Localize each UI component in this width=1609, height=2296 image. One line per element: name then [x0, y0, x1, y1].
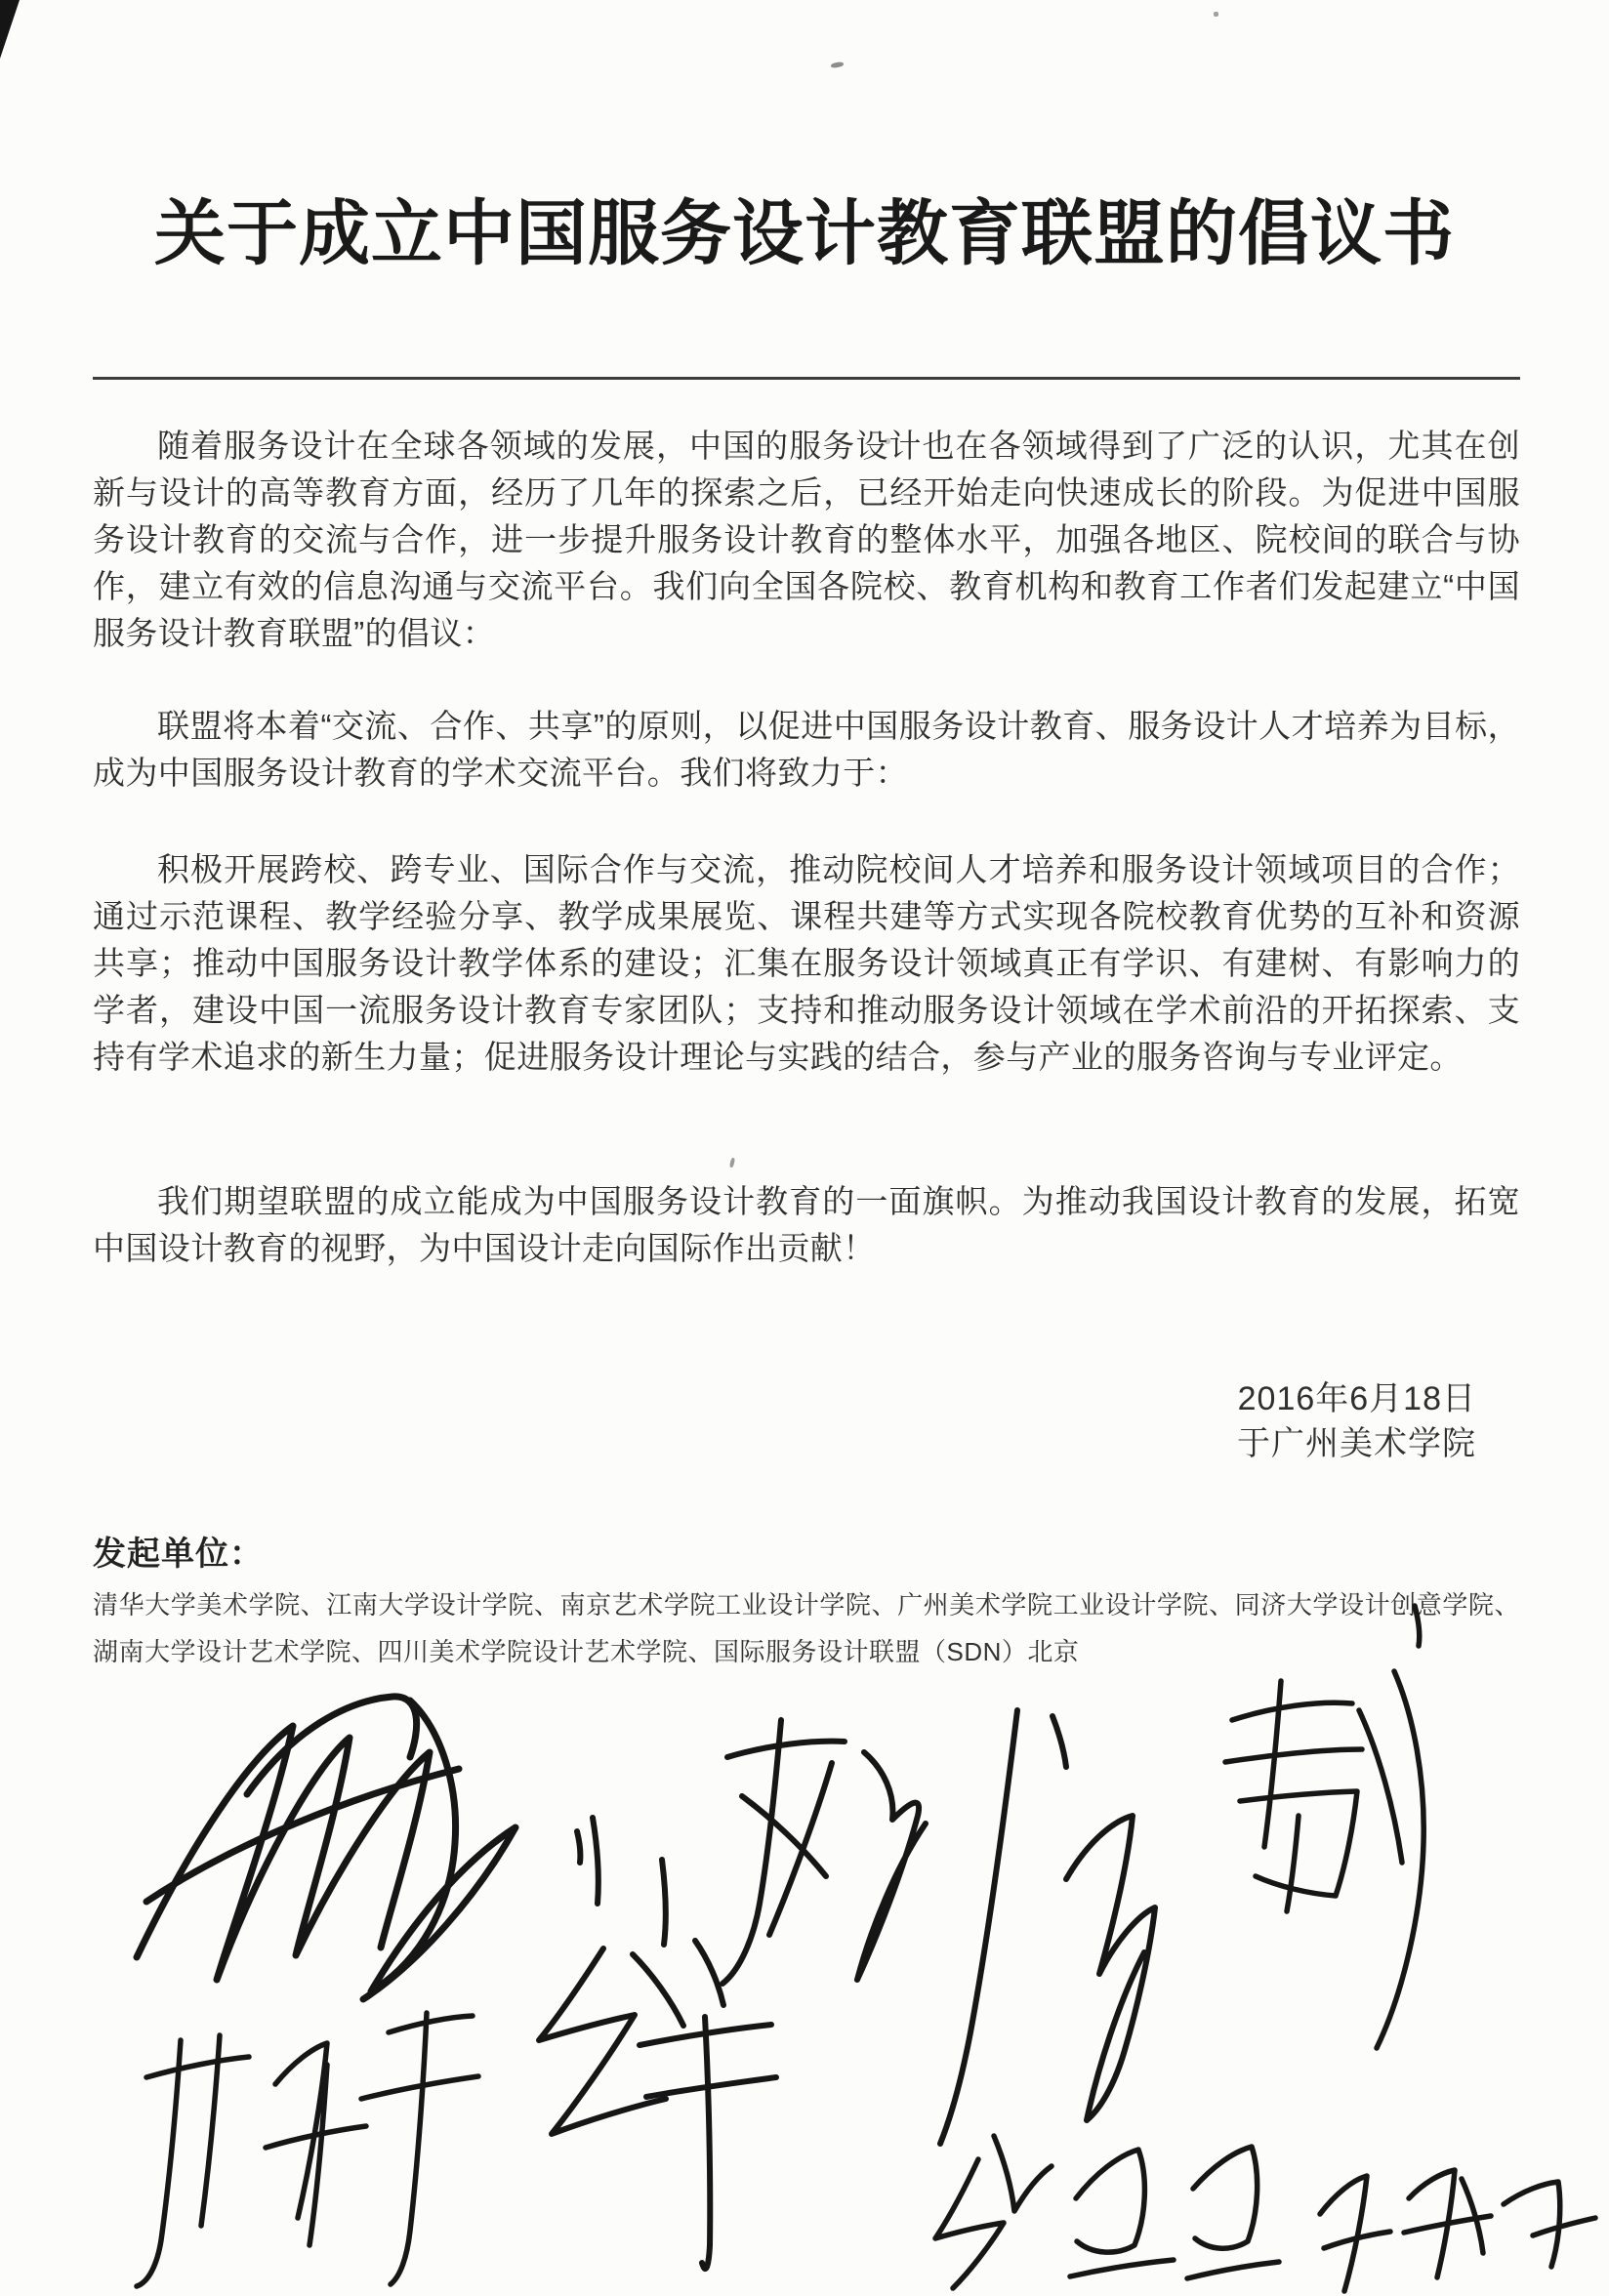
- signature-2: [577, 1720, 926, 1984]
- signature-4: [1225, 1606, 1423, 2048]
- signature-6: [539, 1941, 776, 2269]
- signature-5: [137, 2013, 478, 2286]
- signatures-block: [0, 0, 1609, 2296]
- signature-8: [1320, 2170, 1595, 2291]
- signature-1: [137, 1697, 516, 1999]
- signature-3: [940, 1710, 1155, 2144]
- scanned-proposal-document: 关于成立中国服务设计教育联盟的倡议书 随着服务设计在全球各领域的发展，中国的服务…: [0, 0, 1609, 2296]
- signature-7: [935, 2136, 1279, 2288]
